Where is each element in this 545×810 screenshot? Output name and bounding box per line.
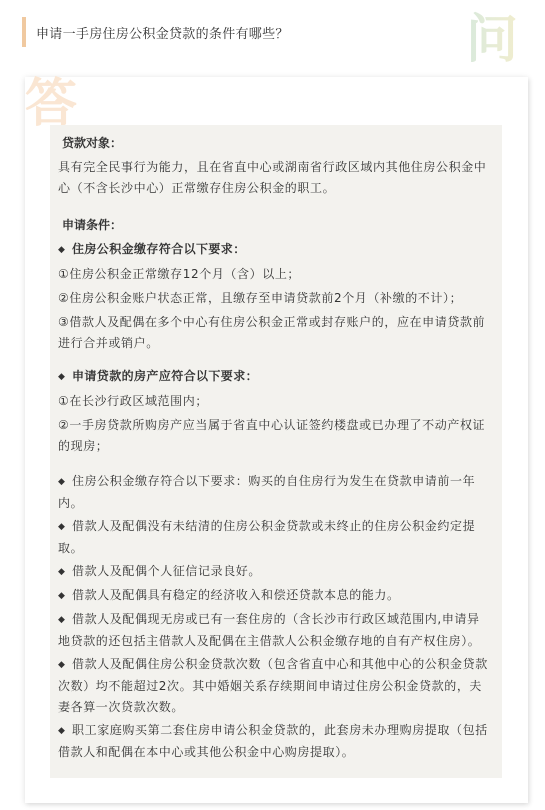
question-watermark-icon: 问 [462,10,522,70]
condition-group-deposit: ◆住房公积金缴存符合以下要求： ①住房公积金正常缴存12个月（含）以上； ②住房… [58,239,492,354]
list-item: ◆借款人及配偶个人征信记录良好。 [58,561,492,583]
condition-item: ②住房公积金账户状态正常，且缴存至申请贷款前2个月（补缴的不计）； [58,288,492,309]
answer-card: 答 贷款对象： 具有完全民事行为能力，且在省直中心或湖南省行政区域内其他住房公积… [25,77,528,803]
diamond-bullet-icon: ◆ [58,610,72,631]
condition-item: ③借款人及配偶在多个中心有住房公积金正常或封存账户的，应在申请贷款前进行合并或销… [58,312,492,354]
diamond-bullet-icon: ◆ [58,367,72,388]
list-item: ◆借款人及配偶没有未结清的住房公积金贷款或未终止的住房公积金约定提取。 [58,516,492,559]
question-header: 申请一手房住房公积金贷款的条件有哪些？ [22,17,289,47]
requirements-list: ◆住房公积金缴存符合以下要求：购买的自住房行为发生在贷款申请前一年内。 ◆借款人… [58,471,492,763]
condition-item: ①在长沙行政区域范围内； [58,391,492,412]
condition-group-property: ◆申请贷款的房产应符合以下要求： ①在长沙行政区域范围内； ②一手房贷款所购房产… [58,366,492,457]
diamond-bullet-icon: ◆ [58,562,72,583]
answer-content: 贷款对象： 具有完全民事行为能力，且在省直中心或湖南省行政区域内其他住房公积金中… [50,125,502,778]
diamond-bullet-icon: ◆ [58,586,72,607]
diamond-bullet-icon: ◆ [58,655,72,676]
diamond-bullet-icon: ◆ [58,472,72,493]
list-item: ◆借款人及配偶住房公积金贷款次数（包含省直中心和其他中心的公积金贷款次数）均不能… [58,654,492,718]
loan-target-heading: 贷款对象： [58,133,492,154]
list-item: ◆住房公积金缴存符合以下要求：购买的自住房行为发生在贷款申请前一年内。 [58,471,492,514]
condition-item: ①住房公积金正常缴存12个月（含）以上； [58,264,492,285]
loan-target-text: 具有完全民事行为能力，且在省直中心或湖南省行政区域内其他住房公积金中心（不含长沙… [58,157,492,199]
condition-group-title: ◆住房公积金缴存符合以下要求： [58,239,492,261]
list-item: ◆借款人及配偶现无房或已有一套住房的（含长沙市行政区域范围内,申请异地贷款的还包… [58,609,492,652]
condition-group-title: ◆申请贷款的房产应符合以下要求： [58,366,492,388]
question-title: 申请一手房住房公积金贷款的条件有哪些？ [36,23,289,42]
condition-item: ②一手房贷款所购房产应当属于省直中心认证签约楼盘或已办理了不动产权证的现房； [58,415,492,457]
list-item: ◆借款人及配偶具有稳定的经济收入和偿还贷款本息的能力。 [58,585,492,607]
list-item: ◆职工家庭购买第二套住房申请公积金贷款的，此套房未办理购房提取（包括借款人和配偶… [58,720,492,763]
diamond-bullet-icon: ◆ [58,240,72,261]
diamond-bullet-icon: ◆ [58,721,72,742]
diamond-bullet-icon: ◆ [58,517,72,538]
conditions-heading: 申请条件： [58,215,492,236]
